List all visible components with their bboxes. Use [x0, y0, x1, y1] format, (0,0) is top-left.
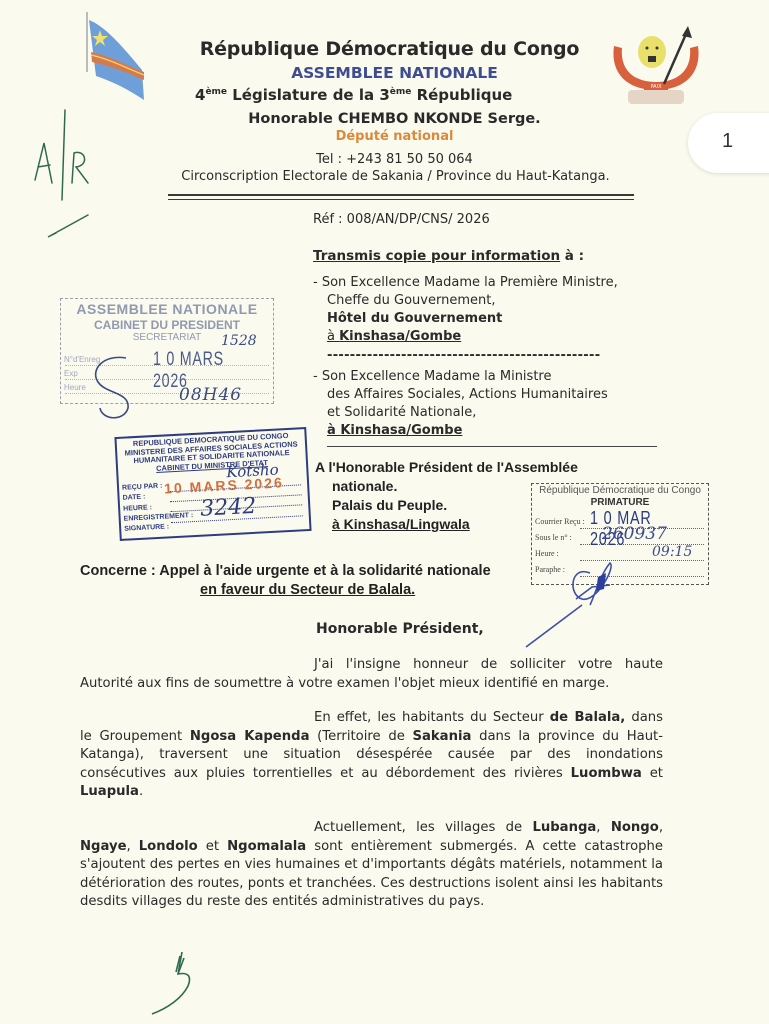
ministry-reception-stamp: REPUBLIQUE DEMOCRATIQUE DU CONGO MINISTE…: [114, 427, 311, 541]
member-role: Député national: [0, 129, 769, 144]
svg-text:PAIX: PAIX: [650, 84, 662, 90]
copy-recipient-1: - Son Excellence Madame la Première Mini…: [313, 274, 618, 346]
page-number: 1: [722, 130, 733, 153]
header-rule-thin: [168, 199, 634, 200]
stamp-number: 260937: [602, 524, 667, 544]
constituency: Circonscription Electorale de Sakania / …: [0, 169, 769, 184]
reference-number: Réf : 008/AN/DP/CNS/ 2026: [313, 212, 490, 227]
handwritten-s-mark: [88, 352, 138, 427]
received-by: Kotsho: [226, 461, 279, 482]
salutation: Honorable Président,: [316, 621, 484, 637]
handwritten-initial: [148, 950, 208, 1020]
paragraph-3: Actuellement, les villages de Lubanga, N…: [80, 819, 663, 912]
subject-line: Concerne : Appel à l'aide urgente et à l…: [80, 562, 491, 600]
member-name: Honorable CHEMBO NKONDE Serge.: [0, 111, 769, 127]
stamp-time: 09:15: [652, 544, 692, 560]
country-name: République Démocratique du Congo: [0, 38, 769, 60]
registration-number: 3242: [200, 494, 257, 522]
legislature-line: 4ème Législature de la 3ème République: [195, 86, 512, 104]
recipient-separator: ----------------------------------------…: [327, 348, 600, 363]
paragraph-2: En effet, les habitants du Secteur de Ba…: [80, 709, 663, 802]
stamp-number: 1528: [221, 333, 257, 349]
copy-to-rule: [327, 446, 657, 447]
handwritten-paraph: [520, 555, 630, 650]
paragraph-1: J'ai l'insigne honneur de solliciter vot…: [80, 656, 663, 693]
page-number-badge[interactable]: 1: [688, 113, 769, 173]
header-rule: [168, 194, 634, 196]
handwritten-ar-note: [30, 105, 100, 245]
stamp-time: 08H46: [179, 385, 242, 405]
copy-to-title: Transmis copie pour information à :: [313, 248, 584, 264]
telephone: Tel : +243 81 50 50 064: [0, 152, 769, 167]
institution-name: ASSEMBLEE NATIONALE: [0, 64, 769, 82]
copy-recipient-2: - Son Excellence Madame la Ministre des …: [313, 368, 608, 440]
